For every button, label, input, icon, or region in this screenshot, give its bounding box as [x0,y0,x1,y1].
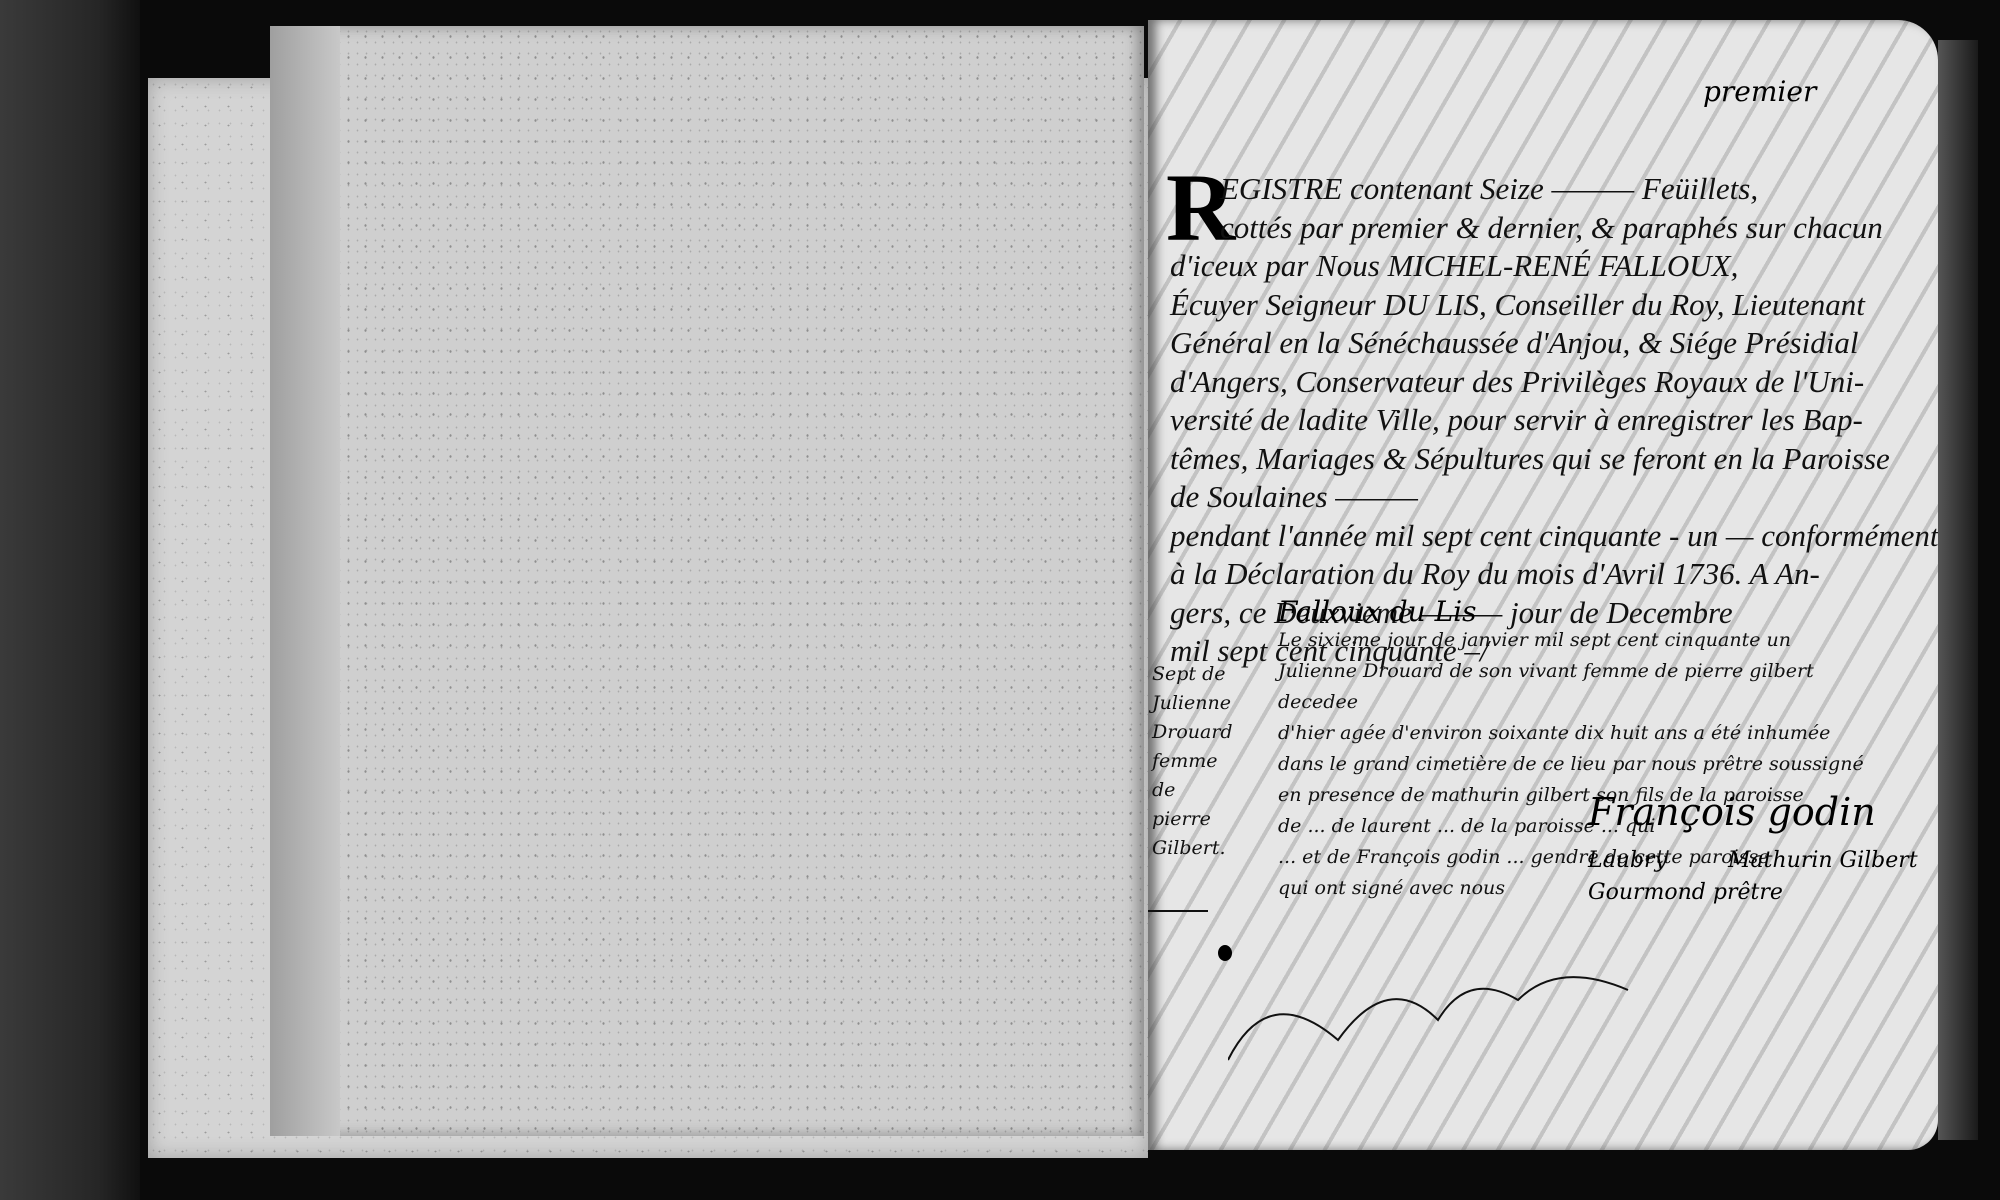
signature-gilbert: Mathurin Gilbert [1728,848,1918,873]
signature-priest: Gourmond prêtre [1588,880,1783,905]
closing-flourish-icon [1228,950,1648,1070]
form-line: à la Déclaration du Roy du mois d'Avril … [1170,555,1910,594]
folio-mark: premier [1703,75,1816,108]
form-line: Général en la Sénéchaussée d'Anjou, & Si… [1170,324,1910,363]
entry-line: Julienne Drouard de son vivant femme de … [1278,656,1898,718]
form-line: d'iceux par Nous MICHEL-RENÉ FALLOUX, [1170,247,1910,286]
form-line: d'Angers, Conservateur des Privilèges Ro… [1170,363,1910,402]
entry-line: dans le grand cimetière de ce lieu par n… [1278,749,1898,780]
form-line: Écuyer Seigneur DU LIS, Conseiller du Ro… [1170,286,1910,325]
margin-note: Sept de Julienne Drouard femme de pierre… [1152,660,1247,863]
signature-laubry: Laubry [1588,848,1667,873]
closing-rule [1148,910,1208,912]
entry-line: Le sixieme jour de janvier mil sept cent… [1278,625,1898,656]
book-edge [1938,40,1978,1140]
table-surface [0,0,140,1200]
form-line: de Soulaines ——— [1170,478,1910,517]
margin-line: Sept de [1152,660,1247,689]
form-line: têmes, Mariages & Sépultures qui se fero… [1170,440,1910,479]
form-line: EGISTRE contenant Seize ——— Feüillets, [1170,170,1910,209]
margin-line: pierre [1152,805,1247,834]
right-page: premier R EGISTRE contenant Seize ——— Fe… [1148,20,1938,1150]
signature-godin: François godin [1588,790,1876,834]
form-line: versité de ladite Ville, pour servir à e… [1170,401,1910,440]
left-page-blank [270,26,1144,1136]
entry-line: d'hier agée d'environ soixante dix huit … [1278,718,1898,749]
margin-line: Gilbert. [1152,834,1247,863]
margin-line: de [1152,776,1247,805]
margin-line: Drouard [1152,718,1247,747]
form-line: cottés par premier & dernier, & paraphés… [1170,209,1910,248]
margin-line: Julienne [1152,689,1247,718]
form-line: pendant l'année mil sept cent cinquante … [1170,517,1910,556]
margin-line: femme [1152,747,1247,776]
signature-falloux: Falloux du Lis [1278,595,1477,628]
ink-spot [1218,945,1232,961]
left-page-fold [270,26,340,1136]
